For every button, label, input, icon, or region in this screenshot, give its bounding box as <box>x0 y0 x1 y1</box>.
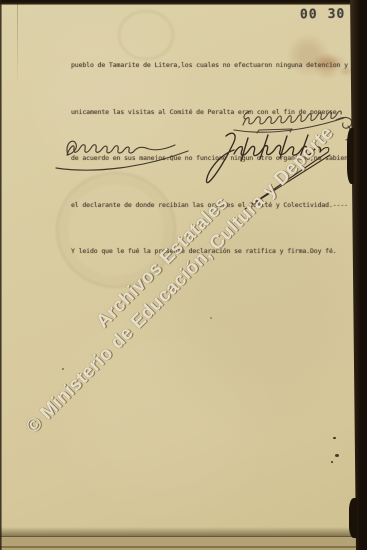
signature-center <box>188 128 350 222</box>
page-bottom-shadow <box>0 527 367 536</box>
paper-speck <box>331 461 333 463</box>
page-edge-top <box>0 0 367 5</box>
paper-speck <box>335 454 339 457</box>
signature-left <box>54 131 192 173</box>
paper-crease <box>17 0 18 88</box>
scanned-document-photo: pueblo de Tamarite de Litera,los cuales … <box>0 0 367 550</box>
page-edge-tear <box>349 498 357 538</box>
typed-line: Y leido que le fué la presente declaraci… <box>71 244 363 260</box>
page-edge-left <box>0 0 2 550</box>
paper-speck <box>333 437 336 439</box>
page-edge-tear <box>347 128 354 184</box>
typed-line: pueblo de Tamarite de Litera,los cuales … <box>71 58 363 74</box>
stamp-number-left: 00 <box>300 7 318 22</box>
paper-speck <box>210 317 212 319</box>
paper-speck <box>62 368 64 370</box>
stamp-number-right: 30 <box>328 7 346 22</box>
underlying-page-edge-line <box>0 546 367 548</box>
